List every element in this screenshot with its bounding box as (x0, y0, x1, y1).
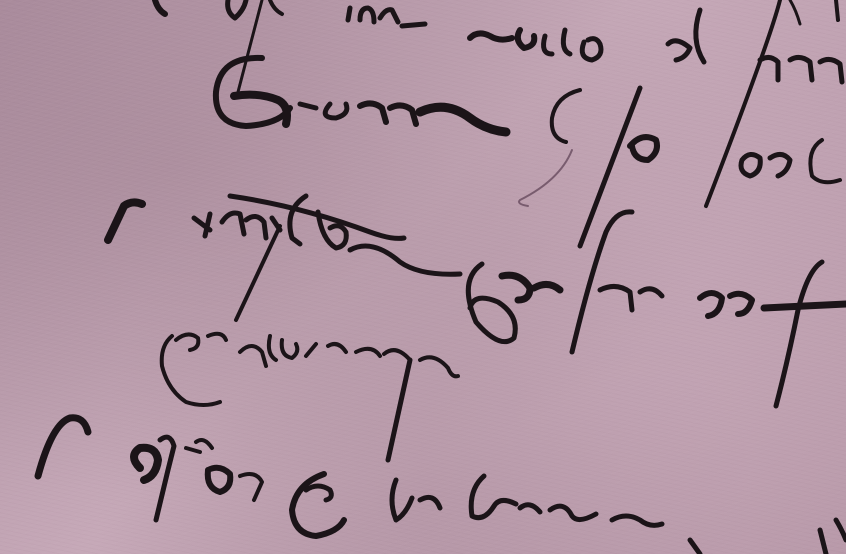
line-5-strokes (38, 418, 846, 554)
line-1-strokes (155, 0, 842, 206)
manuscript-photo: … ap̄ inv̄ziello d fim… Grema Go · del… … (0, 0, 846, 554)
line-3-strokes (108, 196, 846, 406)
handwriting-strokes (0, 0, 846, 554)
line-2-strokes (216, 58, 840, 246)
